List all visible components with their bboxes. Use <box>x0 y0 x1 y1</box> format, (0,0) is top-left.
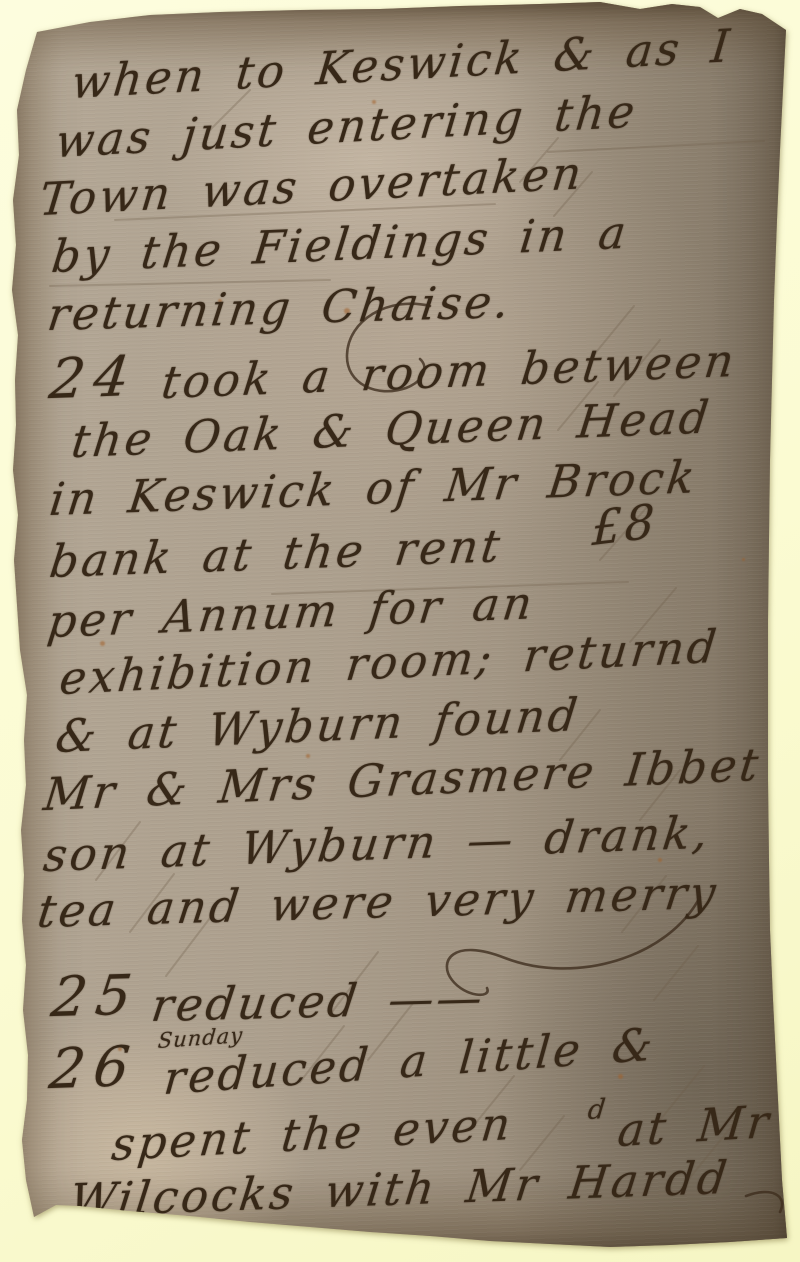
handwriting-line: tea and were very merry <box>35 870 721 934</box>
scanned-page-photo: when to Keswick & as I was just entering… <box>0 0 800 1262</box>
entry-day-number: 24 <box>47 349 142 407</box>
handwriting-line: reduced —— <box>149 975 488 1028</box>
evening-superscript: d <box>587 1096 610 1124</box>
handwriting-line: returning Chaise. <box>45 279 515 337</box>
paper-shadow-wrap: when to Keswick & as I was just entering… <box>0 0 800 1262</box>
line-continuation: at Mr <box>616 1099 774 1153</box>
entry-day-number: 26 <box>47 1039 142 1097</box>
foxing-spot <box>742 558 745 561</box>
foxing-spot <box>618 1074 623 1079</box>
manuscript-paper: when to Keswick & as I was just entering… <box>0 0 800 1262</box>
handwriting-line: bank at the rent <box>47 523 505 584</box>
handwriting-line: spent the even <box>110 1101 516 1167</box>
handwriting-line: son at Wyburn — drank, <box>41 810 713 878</box>
entry-day-number: 25 <box>48 967 143 1025</box>
rent-amount-superscript: £8 <box>591 498 658 554</box>
